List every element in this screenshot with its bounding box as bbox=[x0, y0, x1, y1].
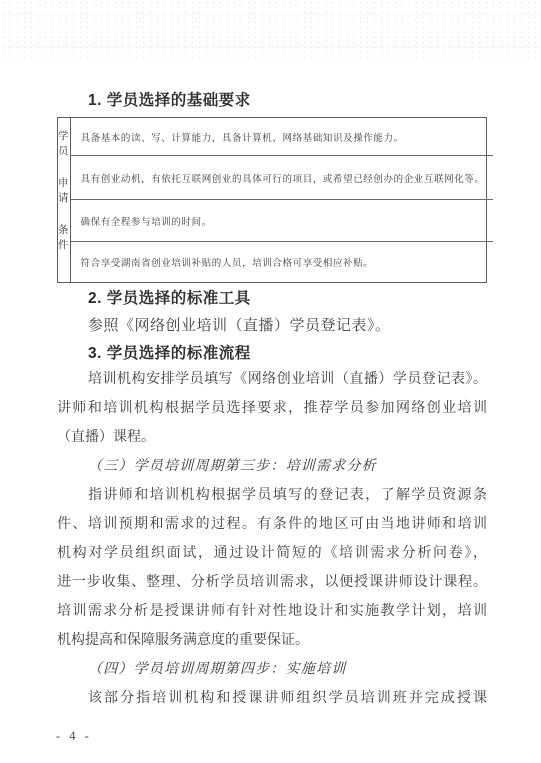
section-2-paragraph: 参照《网络创业培训（直播）学员登记表》。 bbox=[57, 316, 487, 336]
body-subheading-line: （四）学员培训周期第四步：实施培训 bbox=[57, 655, 487, 684]
table-header-line: 条件 bbox=[58, 222, 70, 252]
section-2-heading: 2. 学员选择的标准工具 bbox=[57, 289, 487, 309]
table-row: 具备基本的读、写、计算能力，具备计算机、网络基础知识及操作能力。 bbox=[71, 118, 493, 156]
body-line: 件、培训预期和需求的过程。有条件的地区可由当地讲师和培训 bbox=[57, 510, 487, 539]
table-row: 具有创业动机，有依托互联网创业的具体可行的项目，或希望已经创办的企业互联网化等。 bbox=[71, 156, 493, 200]
section-3-heading: 3. 学员选择的标准流程 bbox=[57, 344, 487, 364]
body-line: 该部分指培训机构和授课讲师组织学员培训班并完成授课 bbox=[57, 684, 487, 713]
body-line: 讲师和培训机构根据学员选择要求，推荐学员参加网络创业培训 bbox=[57, 394, 487, 423]
page-number: - 4 - bbox=[56, 729, 92, 744]
body-line: 机构对学员组织面试，通过设计简短的《培训需求分析问卷》， bbox=[57, 539, 487, 568]
applicant-requirements-table: 学员 申请 条件 具备基本的读、写、计算能力，具备计算机、网络基础知识及操作能力… bbox=[57, 117, 487, 283]
section-1-heading: 1. 学员选择的基础要求 bbox=[57, 91, 487, 111]
body-line: 进一步收集、整理、分析学员培训需求，以便授课讲师设计课程。 bbox=[57, 568, 487, 597]
body-line: 培训机构安排学员填写《网络创业培训（直播）学员登记表》。 bbox=[57, 365, 487, 394]
table-header-line: 学员 bbox=[58, 128, 70, 158]
table-row: 确保有全程参与培训的时间。 bbox=[71, 200, 493, 242]
table-rows: 具备基本的读、写、计算能力，具备计算机、网络基础知识及操作能力。 具有创业动机，… bbox=[71, 118, 493, 282]
body-line: （直播）课程。 bbox=[57, 423, 487, 452]
table-header-line: 申请 bbox=[58, 175, 70, 205]
body-line: 指讲师和培训机构根据学员填写的登记表，了解学员资源条 bbox=[57, 481, 487, 510]
table-row: 符合享受湖南省创业培训补贴的人员，培训合格可享受相应补贴。 bbox=[71, 242, 493, 282]
body-text: 培训机构安排学员填写《网络创业培训（直播）学员登记表》。 讲师和培训机构根据学员… bbox=[57, 365, 487, 713]
body-line: 机构提高和保障服务满意度的重要保证。 bbox=[57, 626, 487, 655]
table-header-cell: 学员 申请 条件 bbox=[58, 118, 71, 282]
body-subheading-line: （三）学员培训周期第三步：培训需求分析 bbox=[57, 452, 487, 481]
scan-noise-texture bbox=[0, 0, 541, 58]
body-line: 培训需求分析是授课讲师有针对性地设计和实施教学计划，培训 bbox=[57, 597, 487, 626]
scanned-document-page: 1. 学员选择的基础要求 学员 申请 条件 具备基本的读、写、计算能力，具备计算… bbox=[0, 0, 541, 763]
